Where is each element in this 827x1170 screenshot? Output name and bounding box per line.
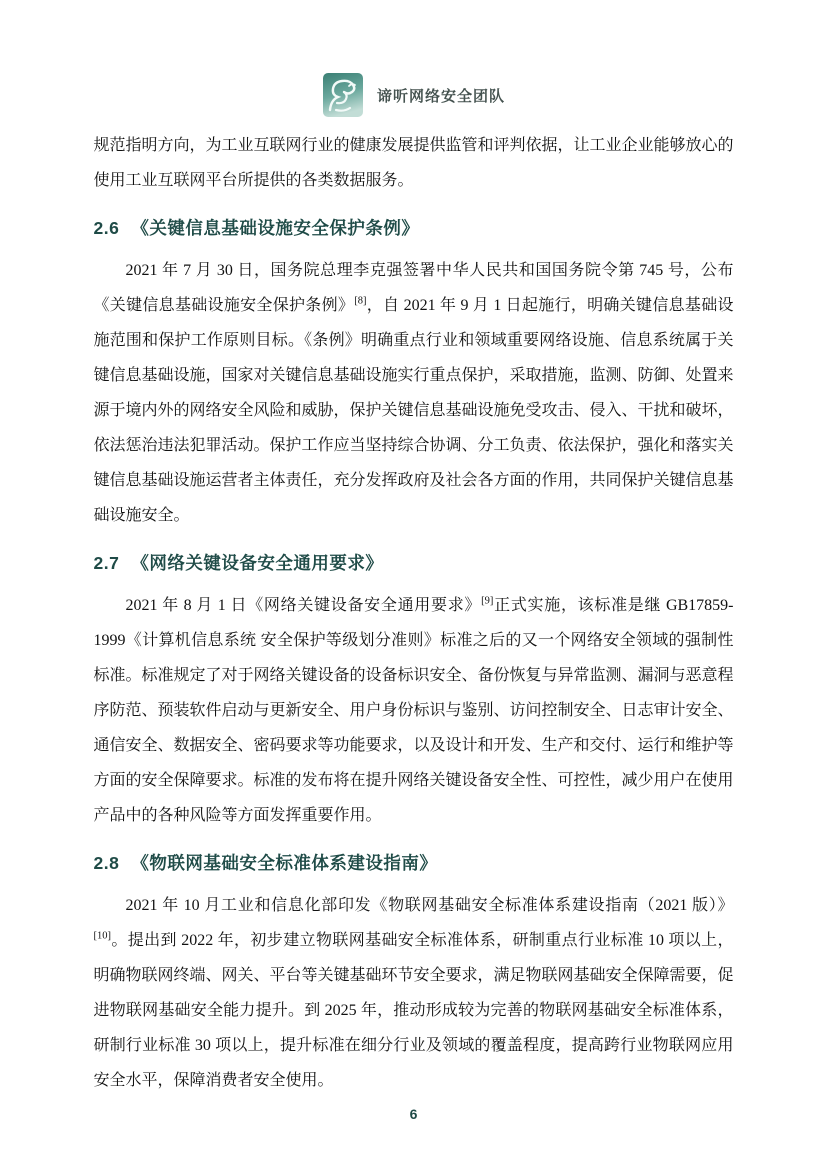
section-title: 《网络关键设备安全通用要求》 bbox=[131, 553, 383, 573]
section-number: 2.6 bbox=[94, 218, 120, 238]
section-number: 2.7 bbox=[94, 553, 120, 573]
intro-paragraph: 规范指明方向，为工业互联网行业的健康发展提供监管和评判依据，让工业企业能够放心的… bbox=[94, 128, 734, 198]
paragraph-text: 2021 年 8 月 1 日《网络关键设备安全通用要求》 bbox=[126, 597, 482, 614]
reference-marker: [10] bbox=[94, 931, 112, 942]
reference-marker: [8] bbox=[354, 296, 366, 307]
team-name: 谛听网络安全团队 bbox=[377, 85, 505, 106]
section-heading-2-7: 2.7《网络关键设备安全通用要求》 bbox=[94, 550, 734, 575]
page-number: 6 bbox=[410, 1106, 418, 1122]
section-heading-2-8: 2.8《物联网基础安全标准体系建设指南》 bbox=[94, 850, 734, 875]
section-paragraph-2-8: 2021 年 10 月工业和信息化部印发《物联网基础安全标准体系建设指南（202… bbox=[94, 888, 734, 1098]
section-paragraph-2-6: 2021 年 7 月 30 日，国务院总理李克强签署中华人民共和国国务院令第 7… bbox=[94, 253, 734, 533]
paragraph-text: 正式实施，该标准是继 GB17859-1999《计算机信息系统 安全保护等级划分… bbox=[94, 597, 734, 824]
paragraph-text: 2021 年 10 月工业和信息化部印发《物联网基础安全标准体系建设指南（202… bbox=[126, 897, 734, 914]
section-title: 《关键信息基础设施安全保护条例》 bbox=[131, 218, 419, 238]
page-body: 规范指明方向，为工业互联网行业的健康发展提供监管和评判依据，让工业企业能够放心的… bbox=[94, 118, 734, 1098]
section-number: 2.8 bbox=[94, 853, 120, 873]
section-heading-2-6: 2.6《关键信息基础设施安全保护条例》 bbox=[94, 215, 734, 240]
document-page: 谛听网络安全团队 规范指明方向，为工业互联网行业的健康发展提供监管和评判依据，让… bbox=[0, 0, 827, 1170]
section-paragraph-2-7: 2021 年 8 月 1 日《网络关键设备安全通用要求》[9]正式实施，该标准是… bbox=[94, 588, 734, 833]
section-title: 《物联网基础安全标准体系建设指南》 bbox=[131, 853, 437, 873]
page-header: 谛听网络安全团队 bbox=[0, 0, 827, 118]
diting-seal-logo-icon bbox=[322, 72, 364, 118]
reference-marker: [9] bbox=[481, 596, 493, 607]
page-footer: 6 bbox=[0, 1106, 827, 1124]
paragraph-text: 。提出到 2022 年，初步建立物联网基础安全标准体系，研制重点行业标准 10 … bbox=[94, 932, 734, 1089]
paragraph-text: ，自 2021 年 9 月 1 日起施行，明确关键信息基础设施范围和保护工作原则… bbox=[94, 297, 734, 524]
